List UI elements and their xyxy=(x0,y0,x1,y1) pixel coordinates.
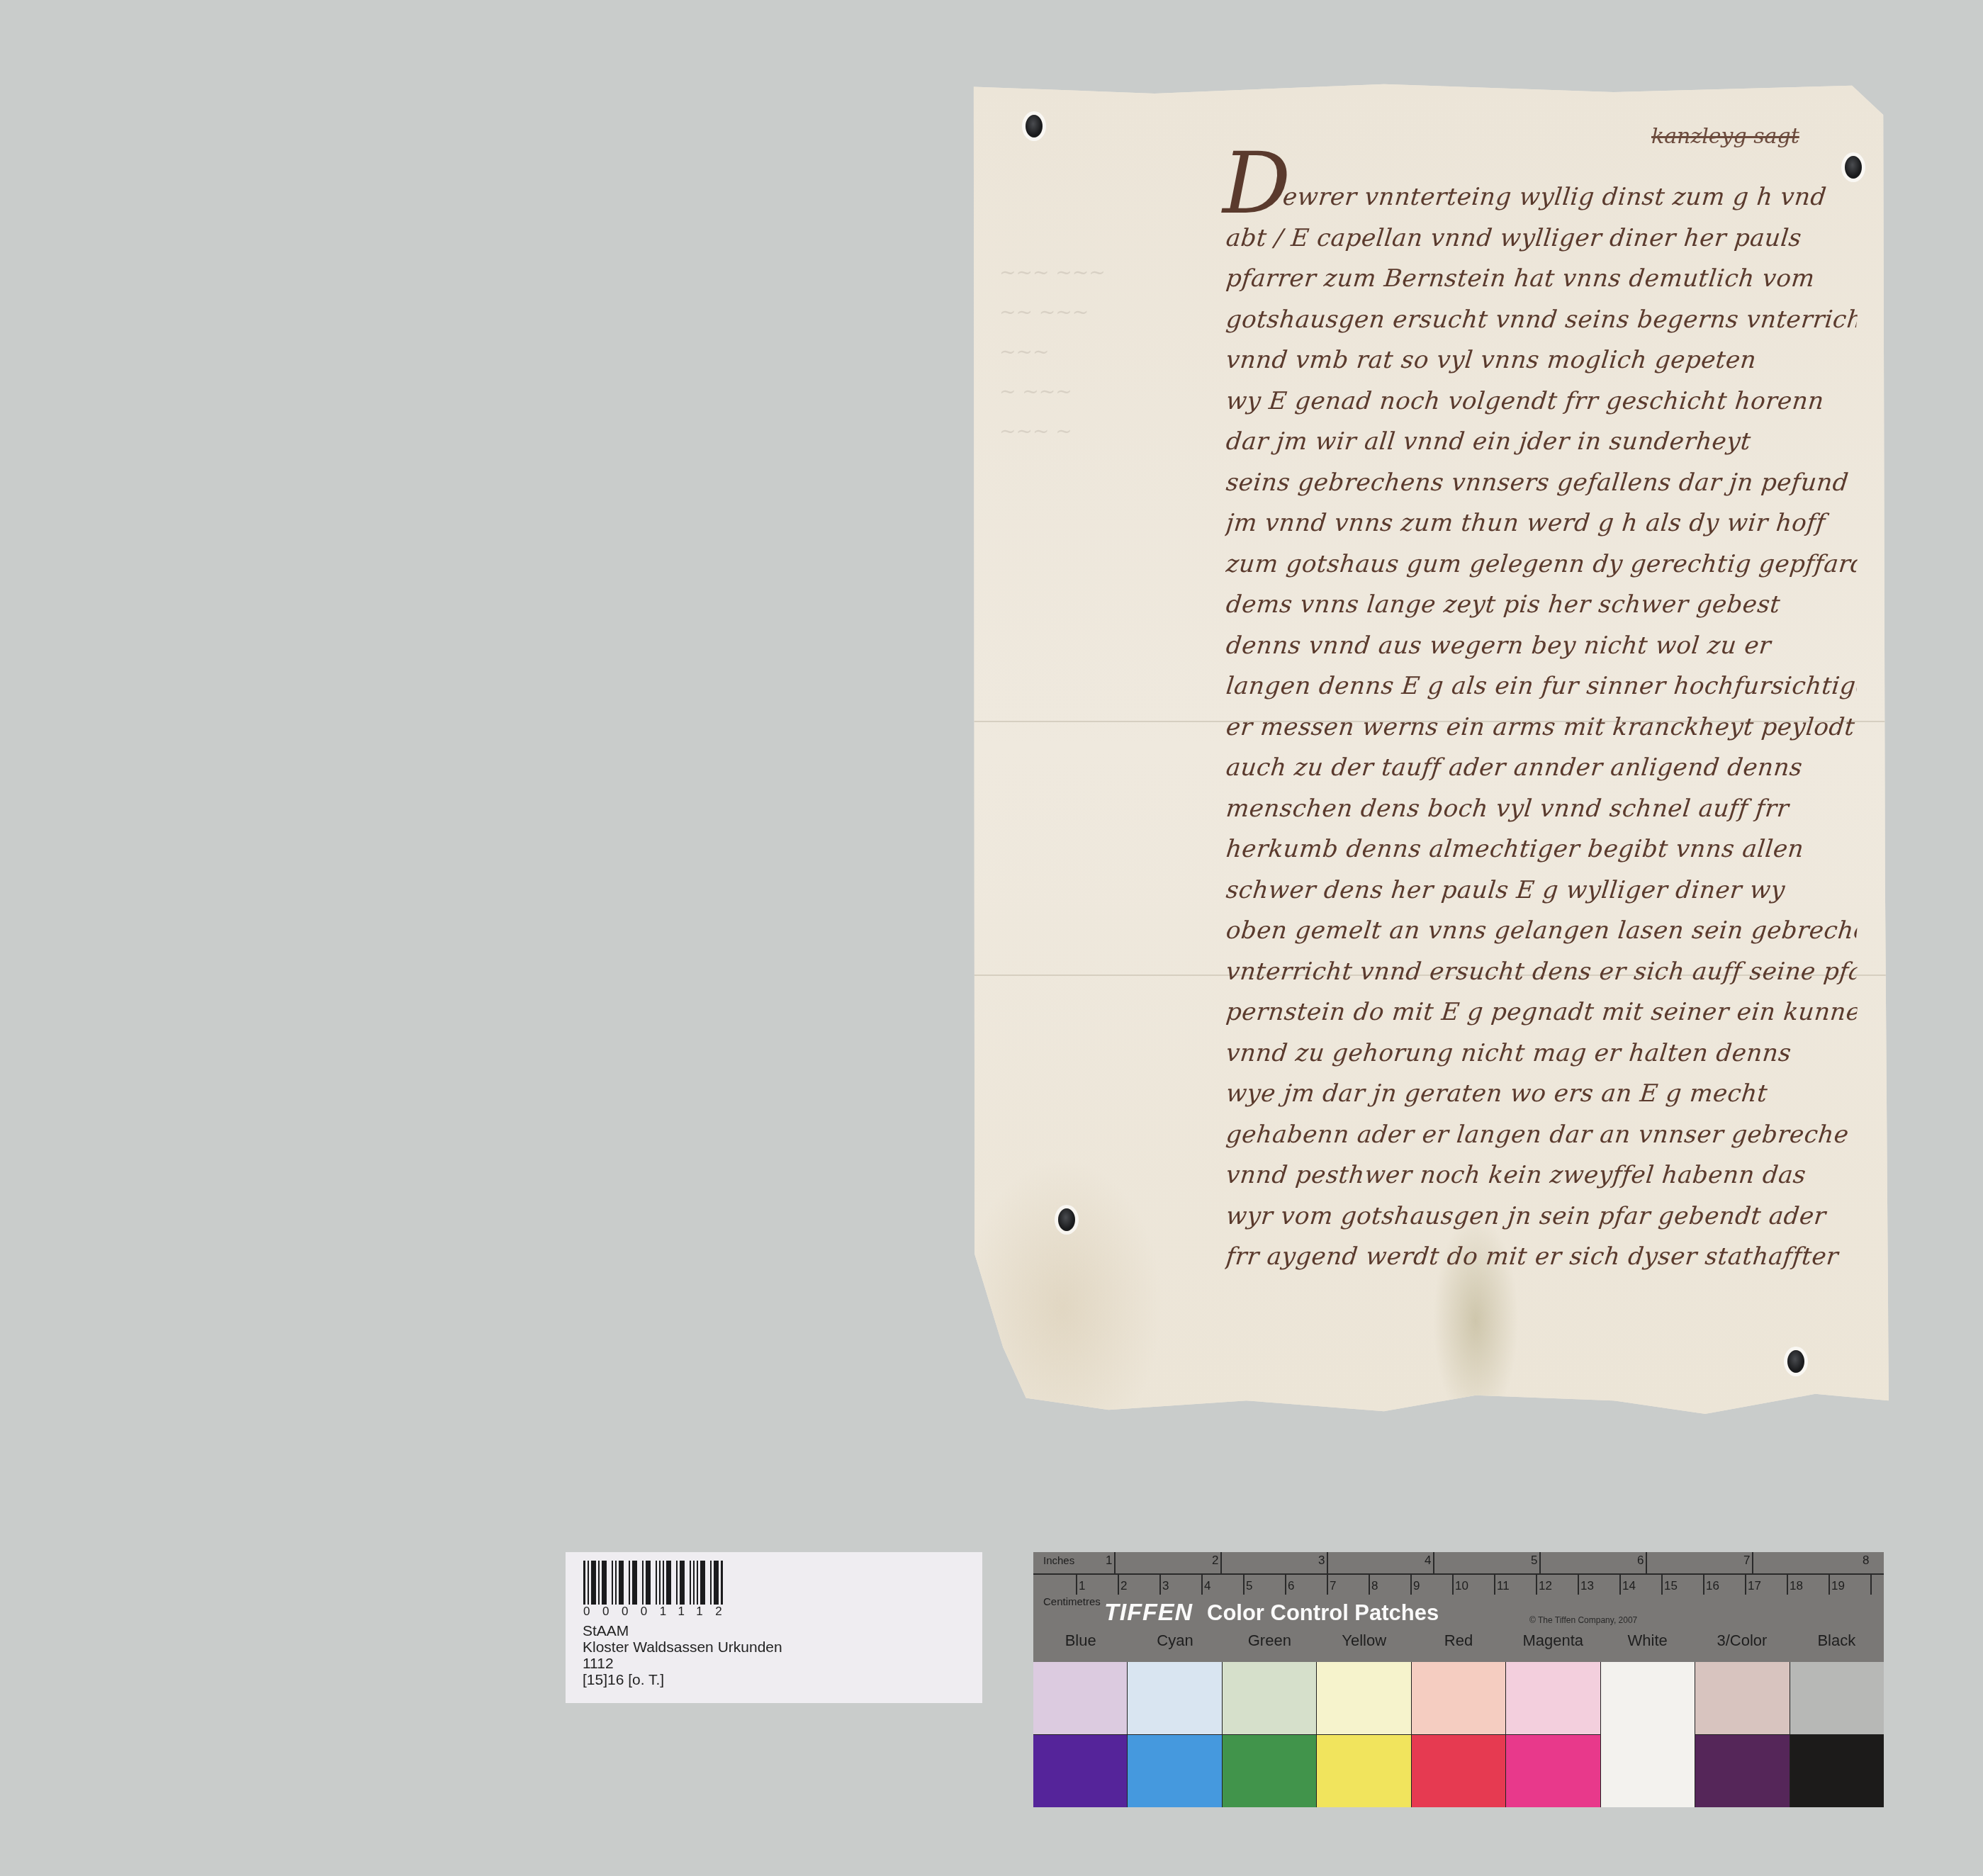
patch-label: Red xyxy=(1411,1631,1505,1661)
ruler: Inches Centimetres 1 2 3 4 5 6 7 8 1 2 3… xyxy=(1033,1552,1884,1662)
patch-light xyxy=(1695,1662,1789,1734)
patch-black xyxy=(1790,1662,1884,1807)
patch-dark xyxy=(1317,1734,1410,1807)
patch-labels: Blue Cyan Green Yellow Red Magenta White… xyxy=(1033,1631,1884,1661)
text-line: pfarrer zum Bernstein hat vnns demutlich… xyxy=(1224,259,1859,300)
text-line: vnnd vmb rat so vyl vnns moglich gepeten xyxy=(1224,340,1859,381)
cm-tick-label: 17 xyxy=(1748,1579,1761,1593)
cm-tick-label: 4 xyxy=(1204,1579,1210,1593)
patch-dark xyxy=(1601,1735,1695,1808)
patch-light xyxy=(1317,1662,1410,1734)
patch-light xyxy=(1601,1662,1695,1735)
copyright-notice: © The Tiffen Company, 2007 xyxy=(1529,1615,1637,1625)
patch-white xyxy=(1600,1662,1695,1807)
text-line: gotshausgen ersucht vnnd seins begerns v… xyxy=(1224,300,1859,341)
cm-tick-label: 7 xyxy=(1330,1579,1336,1593)
patch-light xyxy=(1128,1662,1221,1734)
chart-title: Color Control Patches xyxy=(1207,1600,1439,1626)
barcode-number: 00001112 xyxy=(583,1605,734,1619)
archive-label: 00001112 StAAM Kloster Waldsassen Urkund… xyxy=(566,1552,982,1703)
cm-tick-label: 10 xyxy=(1455,1579,1468,1593)
patch-label: White xyxy=(1600,1631,1695,1661)
inch-tick-label: 7 xyxy=(1743,1554,1750,1568)
text-line: gehabenn ader er langen dar an vnnser ge… xyxy=(1224,1115,1859,1156)
color-control-chart: Inches Centimetres 1 2 3 4 5 6 7 8 1 2 3… xyxy=(1033,1552,1884,1807)
text-line: auch zu der tauff ader annder anligend d… xyxy=(1224,748,1859,789)
barcode xyxy=(583,1561,725,1605)
patch-light xyxy=(1412,1662,1505,1734)
text-line: frr aygend werdt do mit er sich dyser st… xyxy=(1224,1237,1859,1278)
inch-tick-label: 6 xyxy=(1637,1554,1644,1568)
patch-magenta xyxy=(1505,1662,1600,1807)
cm-tick-label: 3 xyxy=(1162,1579,1169,1593)
punch-hole xyxy=(1845,156,1862,179)
text-line: vnnd pesthwer noch kein zweyffel habenn … xyxy=(1224,1155,1859,1196)
cm-tick-label: 5 xyxy=(1246,1579,1252,1593)
punch-hole xyxy=(1058,1208,1075,1231)
cm-tick-label: 16 xyxy=(1706,1579,1719,1593)
patch-light xyxy=(1506,1662,1600,1734)
inch-tick-label: 5 xyxy=(1531,1554,1537,1568)
item-number: 1112 xyxy=(583,1656,782,1672)
patch-label: Black xyxy=(1790,1631,1884,1661)
tiffen-logo: TIFFEN xyxy=(1104,1599,1193,1627)
patch-light xyxy=(1223,1662,1316,1734)
cm-tick-label: 14 xyxy=(1622,1579,1636,1593)
text-line: wy E genad noch volgendt frr geschicht h… xyxy=(1224,381,1859,422)
collection-name: Kloster Waldsassen Urkunden xyxy=(583,1639,782,1656)
manuscript-text: ewrer vnnterteing wyllig dinst zum g h v… xyxy=(1283,177,1857,1278)
patch-red xyxy=(1411,1662,1505,1807)
text-line: zum gotshaus gum gelegenn dy gerechtig g… xyxy=(1224,544,1859,585)
patch-dark xyxy=(1506,1734,1600,1807)
cm-tick-label: 8 xyxy=(1371,1579,1378,1593)
patch-label: 3/Color xyxy=(1695,1631,1789,1661)
archive-name: StAAM xyxy=(583,1623,782,1639)
inch-tick-label: 8 xyxy=(1863,1554,1869,1568)
text-line: schwer dens her pauls E g wylliger diner… xyxy=(1224,870,1859,911)
patch-dark xyxy=(1412,1734,1505,1807)
patch-dark xyxy=(1695,1734,1789,1807)
cm-tick-label: 15 xyxy=(1664,1579,1678,1593)
cm-tick-label: 2 xyxy=(1120,1579,1127,1593)
patch-label: Cyan xyxy=(1128,1631,1222,1661)
document-date: [15]16 [o. T.] xyxy=(583,1672,782,1688)
patch-label: Magenta xyxy=(1506,1631,1600,1661)
cm-tick-label: 1 xyxy=(1079,1579,1085,1593)
patch-blue xyxy=(1033,1662,1127,1807)
patch-label: Yellow xyxy=(1317,1631,1411,1661)
punch-hole xyxy=(1787,1350,1804,1373)
patch-light xyxy=(1790,1662,1884,1734)
text-line: pernstein do mit E g pegnadt mit seiner … xyxy=(1224,992,1859,1033)
text-line: herkumb denns almechtiger begibt vnns al… xyxy=(1224,829,1859,870)
inch-tick-label: 3 xyxy=(1318,1554,1325,1568)
text-line: menschen dens boch vyl vnnd schnel auff … xyxy=(1224,789,1859,830)
centimetres-label: Centimetres xyxy=(1043,1596,1101,1608)
text-line: er messen werns ein arms mit kranckheyt … xyxy=(1224,707,1859,748)
cm-tick-label: 12 xyxy=(1539,1579,1552,1593)
manuscript-sheet: ~~~ ~~~~~ ~~~~~~~ ~~~~~~ ~ kanzleyg sagt… xyxy=(971,82,1889,1414)
label-text: StAAM Kloster Waldsassen Urkunden 1112 [… xyxy=(583,1623,782,1688)
patch-label: Blue xyxy=(1033,1631,1128,1661)
text-line: vnterricht vnnd ersucht dens er sich auf… xyxy=(1224,952,1859,993)
text-line: langen denns E g als ein fur sinner hoch… xyxy=(1224,666,1859,707)
patch-dark xyxy=(1033,1734,1127,1807)
patch-yellow xyxy=(1316,1662,1410,1807)
cm-tick-label: 6 xyxy=(1288,1579,1294,1593)
inch-tick-label: 2 xyxy=(1212,1554,1218,1568)
docket-note: kanzleyg sagt xyxy=(1651,124,1799,149)
cm-tick-label: 11 xyxy=(1497,1579,1510,1593)
cm-tick-label: 18 xyxy=(1790,1579,1803,1593)
text-line: wye jm dar jn geraten wo ers an E g mech… xyxy=(1224,1074,1859,1115)
inches-label: Inches xyxy=(1043,1555,1074,1567)
patch-dark xyxy=(1128,1734,1221,1807)
patch-label: Green xyxy=(1223,1631,1317,1661)
punch-hole xyxy=(1026,115,1043,137)
text-line: wyr vom gotshausgen jn sein pfar gebendt… xyxy=(1224,1196,1859,1237)
patch-cyan xyxy=(1127,1662,1221,1807)
text-line: dar jm wir all vnnd ein jder in sunderhe… xyxy=(1224,422,1859,463)
inch-tick-label: 4 xyxy=(1425,1554,1431,1568)
patch-3color xyxy=(1695,1662,1789,1807)
cm-tick-label: 9 xyxy=(1413,1579,1420,1593)
cm-tick-label: 13 xyxy=(1580,1579,1594,1593)
bleed-through-text: ~~~ ~~~~~ ~~~~~~~ ~~~~~~ ~ xyxy=(999,174,1205,451)
patch-light xyxy=(1033,1662,1127,1734)
ruler-baseline xyxy=(1033,1573,1884,1575)
color-patches xyxy=(1033,1662,1884,1807)
patch-green xyxy=(1222,1662,1316,1807)
patch-dark xyxy=(1790,1734,1884,1807)
text-line: dems vnns lange zeyt pis her schwer gebe… xyxy=(1224,585,1859,626)
text-line: seins gebrechens vnnsers gefallens dar j… xyxy=(1224,463,1859,504)
patch-dark xyxy=(1223,1734,1316,1807)
text-line: abt / E capellan vnnd wylliger diner her… xyxy=(1224,218,1859,259)
text-line: oben gemelt an vnns gelangen lasen sein … xyxy=(1224,911,1859,952)
cm-tick-label: 19 xyxy=(1831,1579,1845,1593)
text-line: vnnd zu gehorung nicht mag er halten den… xyxy=(1224,1033,1859,1074)
text-line: ewrer vnnterteing wyllig dinst zum g h v… xyxy=(1281,177,1859,218)
text-line: denns vnnd aus wegern bey nicht wol zu e… xyxy=(1224,626,1859,667)
text-line: jm vnnd vnns zum thun werd g h als dy wi… xyxy=(1224,503,1859,544)
inch-tick-label: 1 xyxy=(1106,1554,1112,1568)
